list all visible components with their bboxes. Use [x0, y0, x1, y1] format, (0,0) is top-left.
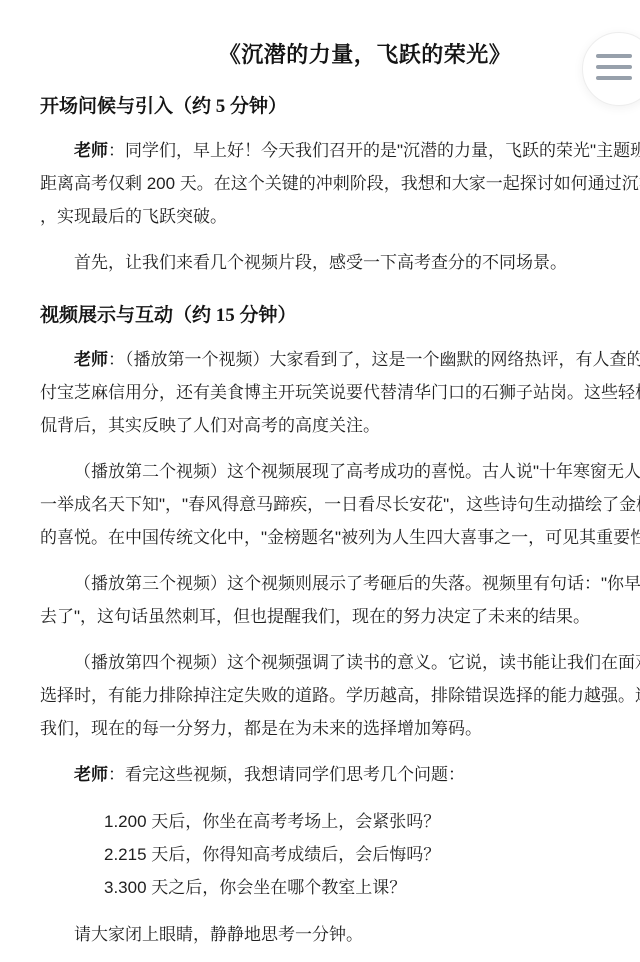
speaker-label: 老师 — [74, 350, 108, 369]
section-heading-opening: 开场问候与引入（约 5 分钟） — [40, 94, 640, 120]
paragraph-text: ：看完这些视频，我想请同学们思考几个问题： — [108, 765, 465, 784]
paragraph: （播放第四个视频）这个视频强调了读书的意义。它说，读书能让我们在面对众多选择时，… — [40, 646, 640, 745]
speaker-label: 老师 — [74, 141, 108, 160]
hamburger-bar — [596, 76, 632, 80]
hamburger-icon — [596, 54, 632, 80]
paragraph-text: （播放第四个视频）这个视频强调了读书的意义。它说，读书能让我们在面对众多选择时，… — [40, 653, 640, 738]
question-item: 2.215 天后，你得知高考成绩后，会后悔吗？ — [104, 838, 640, 871]
paragraph: 请大家闭上眼睛，静静地思考一分钟。 — [40, 918, 640, 951]
hamburger-bar — [596, 54, 632, 58]
paragraph: （播放第二个视频）这个视频展现了高考成功的喜悦。古人说"十年寒窗无人问，一举成名… — [40, 455, 640, 554]
hamburger-bar — [596, 65, 632, 69]
paragraph: 老师：（播放第一个视频）大家看到了，这是一个幽默的网络热评，有人查的是支付宝芝麻… — [40, 343, 640, 442]
paragraph-text: ：（播放第一个视频）大家看到了，这是一个幽默的网络热评，有人查的是支付宝芝麻信用… — [40, 350, 640, 435]
paragraph-text: 请大家闭上眼睛，静静地思考一分钟。 — [74, 925, 363, 944]
paragraph: 首先，让我们来看几个视频片段，感受一下高考查分的不同场景。 — [40, 246, 640, 279]
document-page: 《沉潜的力量，飞跃的荣光》 开场问候与引入（约 5 分钟） 老师：同学们，早上好… — [0, 0, 640, 951]
paragraph-text: 首先，让我们来看几个视频片段，感受一下高考查分的不同场景。 — [74, 253, 567, 272]
speaker-label: 老师 — [74, 765, 108, 784]
paragraph: （播放第三个视频）这个视频则展示了考砸后的失落。视频里有句话："你早干啥去了"，… — [40, 567, 640, 633]
question-item: 3.300 天之后，你会坐在哪个教室上课？ — [104, 871, 640, 904]
question-item: 1.200 天后，你坐在高考考场上，会紧张吗？ — [104, 805, 640, 838]
section-heading-videos: 视频展示与互动（约 15 分钟） — [40, 303, 640, 329]
paragraph: 老师：同学们，早上好！今天我们召开的是"沉潜的力量，飞跃的荣光"主题班会，距离高… — [40, 134, 640, 233]
paragraph: 老师：看完这些视频，我想请同学们思考几个问题： — [40, 758, 640, 791]
document-title: 《沉潜的力量，飞跃的荣光》 — [40, 40, 640, 70]
paragraph-text: （播放第三个视频）这个视频则展示了考砸后的失落。视频里有句话："你早干啥去了"，… — [40, 574, 640, 626]
paragraph-text: ：同学们，早上好！今天我们召开的是"沉潜的力量，飞跃的荣光"主题班会，距离高考仅… — [40, 141, 640, 226]
paragraph-text: （播放第二个视频）这个视频展现了高考成功的喜悦。古人说"十年寒窗无人问，一举成名… — [40, 462, 640, 547]
question-list: 1.200 天后，你坐在高考考场上，会紧张吗？ 2.215 天后，你得知高考成绩… — [40, 805, 640, 904]
